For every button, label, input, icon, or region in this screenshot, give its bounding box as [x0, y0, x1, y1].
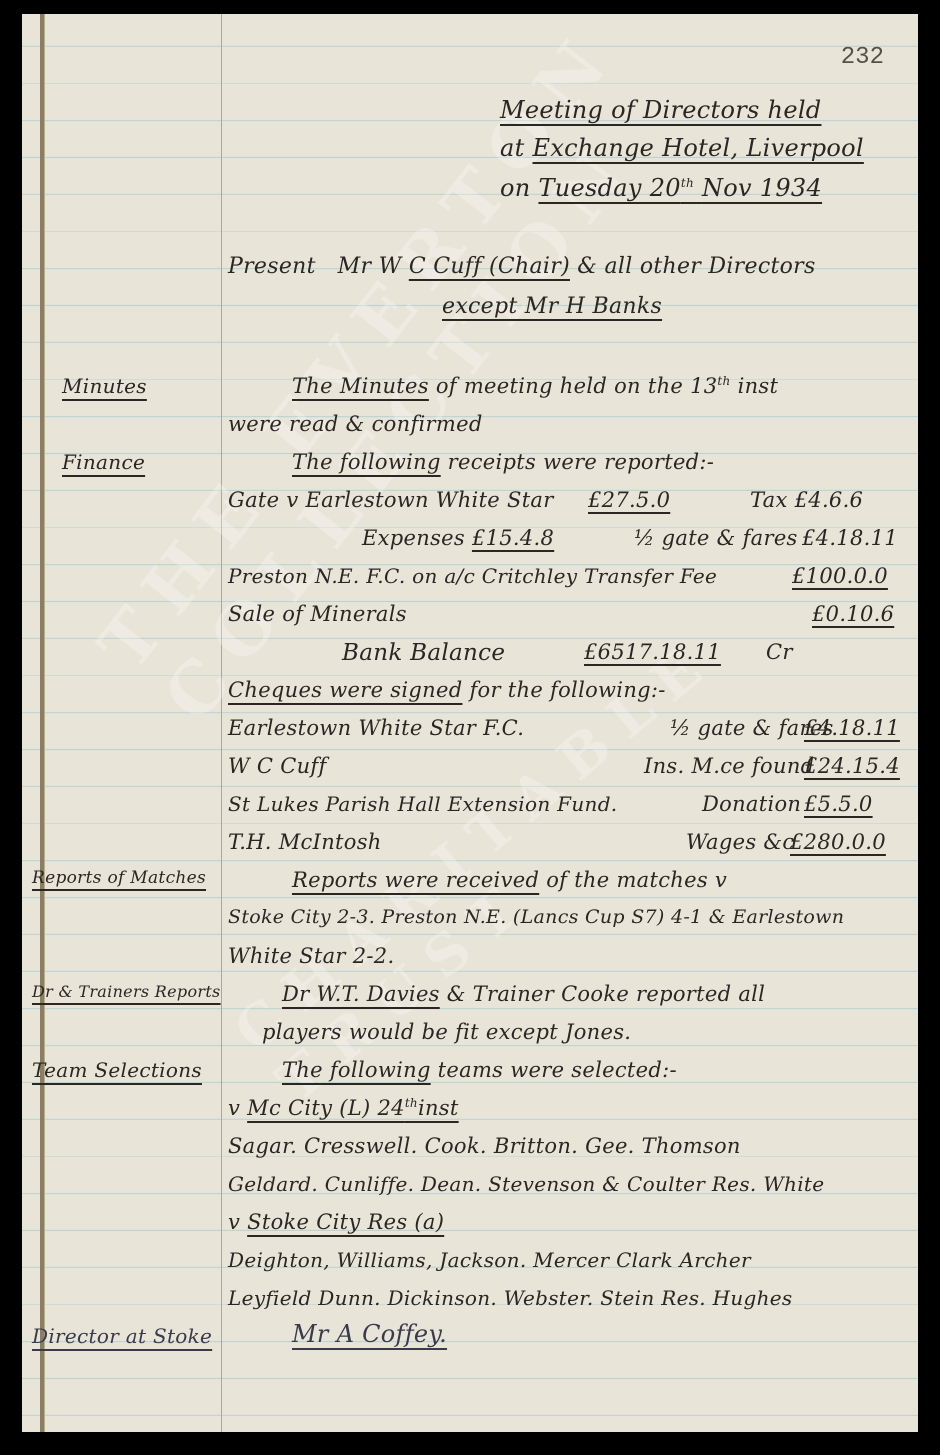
team2-vs: v: [228, 1210, 240, 1234]
receipt-row: Expenses £15.4.8: [362, 526, 554, 550]
cheque-reason: Donation: [702, 792, 801, 816]
meeting-heading-line1: Meeting of Directors held: [500, 96, 821, 124]
ledger-page: THE EVERTON COLLECTION CHARITABLE TRUST …: [22, 14, 918, 1432]
cheque-payee: T.H. McIntosh: [228, 830, 382, 854]
minutes-line1: The Minutes of meeting held on the 13th …: [292, 374, 778, 398]
team1-date: 24: [377, 1096, 404, 1120]
heading-date-day: Tuesday 20: [538, 174, 680, 202]
dr-name: Dr W.T. Davies: [282, 982, 440, 1006]
present-others: & all other Directors: [577, 254, 815, 279]
finance-intro-text: receipts were reported:-: [448, 450, 715, 474]
heading-at: at: [500, 134, 525, 162]
present-line2: except Mr H Banks: [442, 294, 662, 319]
finance-intro: The following receipts were reported:-: [292, 450, 714, 474]
director-stoke-name: Mr A Coffey.: [292, 1320, 447, 1348]
finance-intro-title: The following: [292, 450, 441, 474]
team2-heading: v Stoke City Res (a): [228, 1210, 444, 1234]
receipt-amount: £27.5.0: [588, 488, 670, 512]
cheque-amount: £5.5.0: [804, 792, 873, 816]
team-selections-intro: The following teams were selected:-: [282, 1058, 677, 1082]
team-selections-title: The following: [282, 1058, 431, 1082]
heading-date: Tuesday 20th Nov 1934: [538, 174, 822, 202]
match-reports-line2: Stoke City 2-3. Preston N.E. (Lancs Cup …: [228, 906, 844, 928]
dr-trainers-line1: Dr W.T. Davies & Trainer Cooke reported …: [282, 982, 765, 1006]
side-label-finance: Finance: [62, 450, 145, 474]
match-reports-line1: Reports were received of the matches v: [292, 868, 727, 892]
team2-line1: Deighton, Williams, Jackson. Mercer Clar…: [228, 1248, 751, 1272]
side-label-team-selections: Team Selections: [32, 1058, 202, 1082]
bank-balance-amount: £6517.18.11: [584, 640, 721, 664]
cheques-intro: Cheques were signed for the following:-: [228, 678, 666, 702]
team1-line2: Geldard. Cunliffe. Dean. Stevenson & Cou…: [228, 1172, 824, 1196]
match-reports-line3: White Star 2-2.: [228, 944, 394, 968]
margin-rule: [221, 14, 222, 1432]
cheques-intro-title: Cheques were signed: [228, 678, 462, 702]
heading-date-rest: Nov 1934: [702, 174, 822, 202]
team2-line2: Leyfield Dunn. Dickinson. Webster. Stein…: [228, 1286, 793, 1310]
team1-date-inst: inst: [418, 1096, 459, 1120]
team1-line1: Sagar. Cresswell. Cook. Britton. Gee. Th…: [228, 1134, 741, 1158]
minutes-inst: inst: [738, 374, 779, 398]
team-selections-text: teams were selected:-: [438, 1058, 677, 1082]
dr-trainers-line2: players would be fit except Jones.: [262, 1020, 631, 1044]
dr-trainers-text: & Trainer Cooke reported all: [447, 982, 765, 1006]
meeting-heading-line3: on Tuesday 20th Nov 1934: [500, 174, 822, 202]
receipt-extra: ½ gate & fares: [634, 526, 798, 550]
minutes-line2: were read & confirmed: [228, 412, 483, 436]
side-label-director-stoke: Director at Stoke: [32, 1324, 212, 1348]
cheque-amount: £4.18.11: [804, 716, 900, 740]
receipt-extra-amount: £4.18.11: [802, 526, 898, 550]
present-label: Present: [228, 254, 316, 279]
match-reports-text: of the matches v: [546, 868, 727, 892]
team1-heading: v Mc City (L) 24thinst: [228, 1096, 459, 1120]
match-reports-title: Reports were received: [292, 868, 539, 892]
binding-gutter: [40, 14, 45, 1432]
team1-opponent: Mc City (L) 24thinst: [247, 1096, 458, 1120]
present-line1: Present Mr W C Cuff (Chair) & all other …: [228, 254, 816, 279]
minutes-sup: th: [717, 374, 730, 388]
receipt-extra-amount: £4.6.6: [795, 488, 864, 512]
present-chair: C Cuff (Chair): [409, 254, 570, 279]
heading-date-sup: th: [681, 176, 694, 190]
cheque-payee: W C Cuff: [228, 754, 327, 778]
team1-date-sup: th: [405, 1096, 418, 1110]
receipt-desc: Gate v Earlestown White Star: [228, 488, 554, 512]
cheque-reason: Ins. M.ce found: [644, 754, 814, 778]
meeting-heading-line2: at Exchange Hotel, Liverpool: [500, 134, 864, 162]
side-label-minutes: Minutes: [62, 374, 147, 398]
team1-vs: v: [228, 1096, 240, 1120]
minutes-text: of meeting held on the 13: [436, 374, 718, 398]
bank-balance-label: Bank Balance: [342, 640, 505, 666]
bank-balance-credit: Cr: [766, 640, 793, 664]
present-mr: Mr W: [338, 254, 402, 279]
cheque-amount: £24.15.4: [804, 754, 900, 778]
receipt-amount: £100.0.0: [792, 564, 888, 588]
cheques-intro-text: for the following:-: [469, 678, 665, 702]
receipt-row: Gate v Earlestown White Star: [228, 488, 554, 512]
receipt-row: Preston N.E. F.C. on a/c Critchley Trans…: [228, 564, 717, 588]
heading-on: on: [500, 174, 531, 202]
receipt-amount: £15.4.8: [472, 526, 554, 550]
heading-venue: Exchange Hotel, Liverpool: [533, 134, 864, 162]
side-label-dr-trainers: Dr & Trainers Reports: [32, 982, 221, 1001]
page-number: 232: [841, 44, 884, 71]
cheque-amount: £280.0.0: [790, 830, 886, 854]
cheque-payee: Earlestown White Star F.C.: [228, 716, 524, 740]
receipt-amount: £0.10.6: [812, 602, 894, 626]
cheque-payee: St Lukes Parish Hall Extension Fund.: [228, 792, 617, 816]
receipt-extra: Tax £4.6.6: [750, 488, 863, 512]
team1-opponent-name: Mc City (L): [247, 1096, 370, 1120]
receipt-row: Sale of Minerals: [228, 602, 407, 626]
receipt-extra-label: ½ gate & fares: [634, 526, 798, 550]
side-label-match-reports: Reports of Matches: [32, 868, 206, 888]
team2-opponent: Stoke City Res (a): [247, 1210, 444, 1234]
receipt-desc: Expenses: [362, 526, 465, 550]
minutes-title: The Minutes: [292, 374, 429, 398]
cheque-reason: Wages &c: [686, 830, 794, 854]
receipt-extra-label: Tax: [750, 488, 788, 512]
